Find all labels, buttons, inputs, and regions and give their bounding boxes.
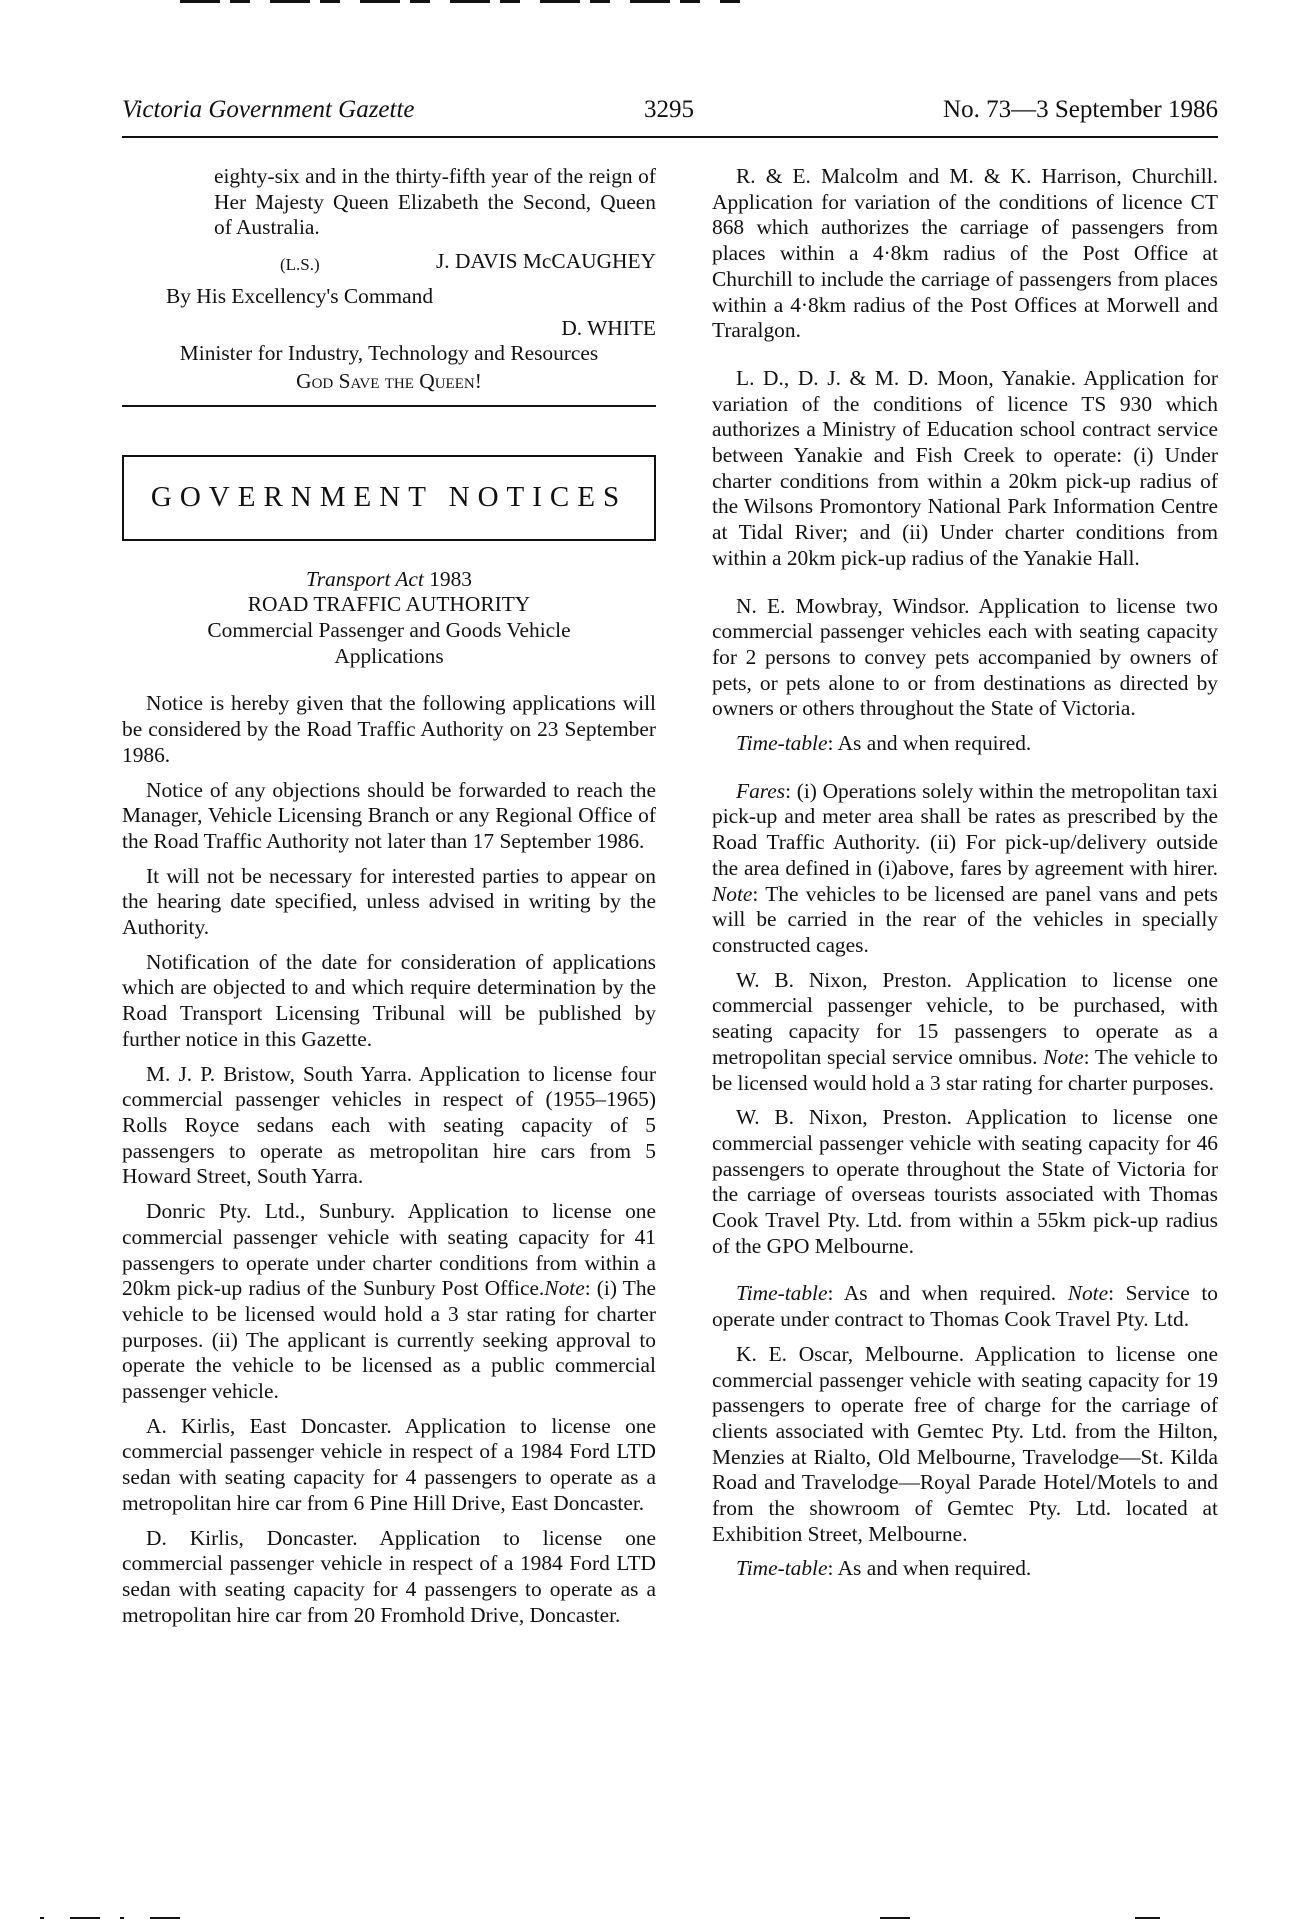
signature-row: (L.S.) J. DAVIS McCAUGHEY <box>122 249 656 278</box>
scan-artifact-top <box>180 0 740 3</box>
seal-mark: (L.S.) <box>280 249 404 278</box>
application-nixon-1: W. B. Nixon, Preston. Application to lic… <box>712 968 1218 1097</box>
notice-paragraph: Notification of the date for considerati… <box>122 950 656 1053</box>
minister-title: Minister for Industry, Technology and Re… <box>122 341 656 367</box>
issue-date: No. 73—3 September 1986 <box>943 96 1218 124</box>
scan-artifact-bottom-right <box>880 1917 1180 1919</box>
authority-title: ROAD TRAFFIC AUTHORITY <box>122 592 656 618</box>
application-nixon-2: W. B. Nixon, Preston. Application to lic… <box>712 1105 1218 1259</box>
command-line: By His Excellency's Command <box>122 284 656 310</box>
banner-text: GOVERNMENT NOTICES <box>151 485 627 511</box>
scan-artifact-bottom-left <box>40 1917 180 1919</box>
timetable-oscar: Time-table: As and when required. <box>712 1556 1218 1582</box>
application-d-kirlis: D. Kirlis, Doncaster. Application to lic… <box>122 1526 656 1629</box>
fares-mowbray: Fares: (i) Operations solely within the … <box>712 779 1218 959</box>
left-column: eighty-six and in the thirty-fifth year … <box>122 164 656 1628</box>
section-heading: Transport Act 1983 ROAD TRAFFIC AUTHORIT… <box>122 567 656 670</box>
right-column: R. & E. Malcolm and M. & K. Harrison, Ch… <box>712 164 1218 1582</box>
section-divider <box>122 405 656 407</box>
page-number: 3295 <box>644 96 694 124</box>
notice-subtitle: Commercial Passenger and Goods Vehicle A… <box>122 618 656 669</box>
timetable-mowbray: Time-table: As and when required. <box>712 731 1218 757</box>
application-moon: L. D., D. J. & M. D. Moon, Yanakie. Appl… <box>712 366 1218 572</box>
act-title: Transport Act 1983 <box>122 567 656 593</box>
page-header: Victoria Government Gazette 3295 No. 73—… <box>122 96 1218 138</box>
timetable-nixon-2: Time-table: As and when required. Note: … <box>712 1281 1218 1332</box>
closing-line: God Save the Queen! <box>122 369 656 395</box>
application-malcolm: R. & E. Malcolm and M. & K. Harrison, Ch… <box>712 164 1218 344</box>
application-a-kirlis: A. Kirlis, East Doncaster. Application t… <box>122 1414 656 1517</box>
notice-paragraph: Notice of any objections should be forwa… <box>122 778 656 855</box>
notice-paragraph: It will not be necessary for interested … <box>122 864 656 941</box>
application-donric: Donric Pty. Ltd., Sunbury. Application t… <box>122 1199 656 1405</box>
proclamation-text: eighty-six and in the thirty-fifth year … <box>122 164 656 241</box>
publication-title: Victoria Government Gazette <box>122 96 415 124</box>
government-notices-banner: GOVERNMENT NOTICES <box>122 455 656 541</box>
application-oscar: K. E. Oscar, Melbourne. Application to l… <box>712 1342 1218 1548</box>
minister-name: D. WHITE <box>122 316 656 342</box>
governor-name: J. DAVIS McCAUGHEY <box>404 249 656 278</box>
notice-paragraph: Notice is hereby given that the followin… <box>122 691 656 768</box>
application-bristow: M. J. P. Bristow, South Yarra. Applicati… <box>122 1062 656 1191</box>
application-mowbray: N. E. Mowbray, Windsor. Application to l… <box>712 594 1218 723</box>
